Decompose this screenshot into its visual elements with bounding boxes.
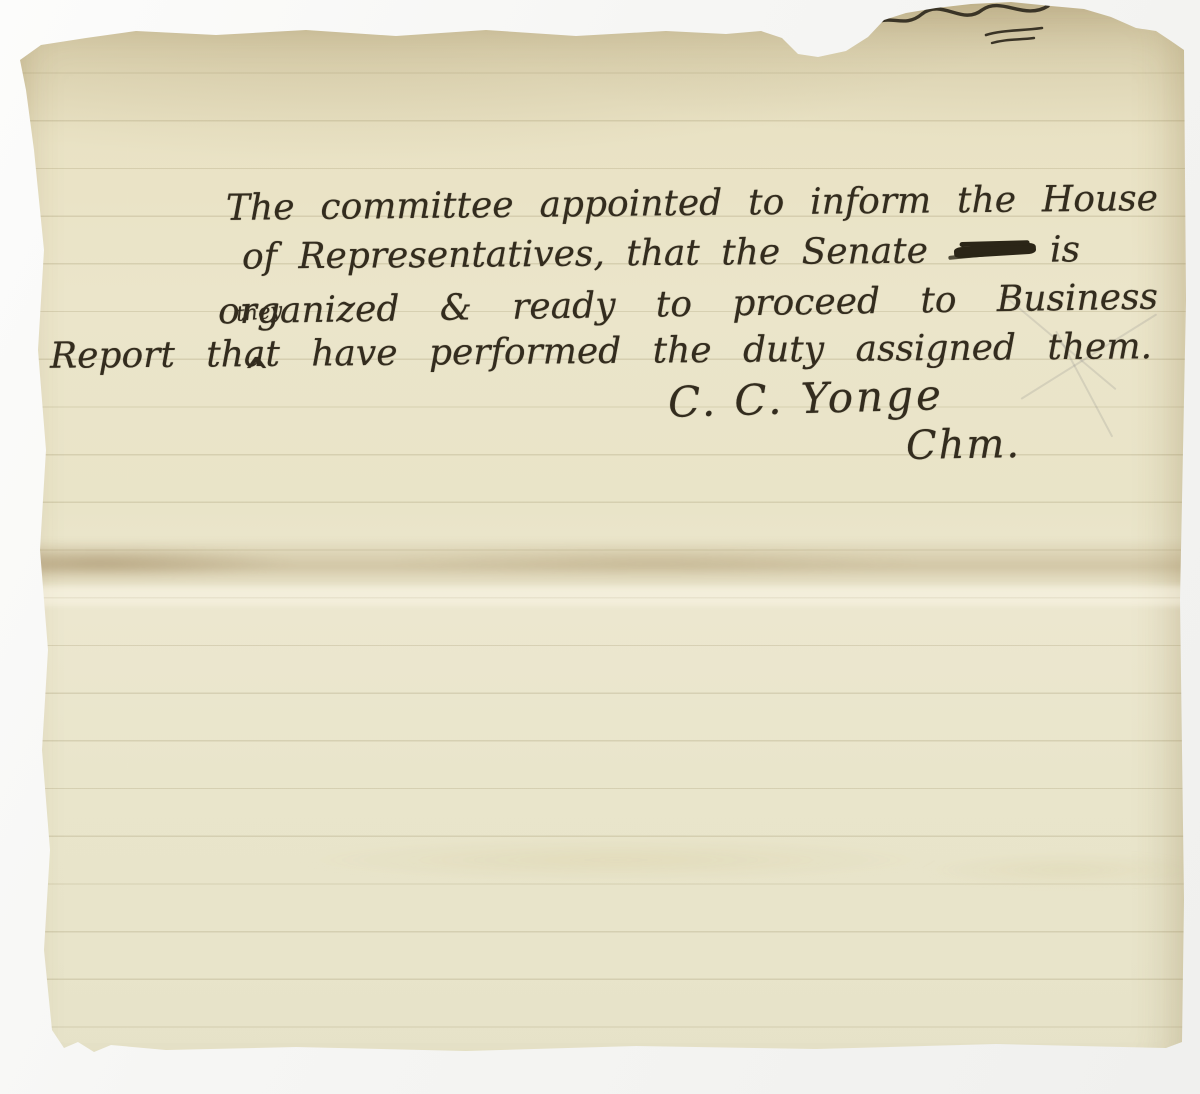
fold-highlight xyxy=(16,586,1186,606)
manuscript-line-2: ofRepresentatives,thattheSenate is xyxy=(242,229,1080,277)
handwritten-word: Business xyxy=(997,277,1159,321)
handwritten-word: assigned xyxy=(855,327,1016,369)
handwritten-word: the xyxy=(957,180,1016,222)
handwritten-word: inform xyxy=(810,180,931,222)
handwritten-word: have xyxy=(311,333,398,375)
handwritten-word: to xyxy=(748,182,785,223)
handwritten-word: Report xyxy=(50,335,175,377)
handwritten-word: duty xyxy=(743,329,824,371)
signature-title: Chm. xyxy=(906,421,1022,469)
handwritten-word: committee xyxy=(320,185,514,228)
handwritten-word: to xyxy=(920,280,957,322)
manuscript-line-2-end: is xyxy=(1050,229,1080,270)
handwritten-word: Representatives, xyxy=(298,233,605,277)
handwritten-word: the xyxy=(721,232,780,274)
handwritten-word: the xyxy=(652,330,711,372)
stain xyxy=(916,852,1200,888)
handwritten-word: of xyxy=(242,236,277,277)
stain xyxy=(286,838,946,882)
signature: C. C. Yonge xyxy=(667,370,944,427)
manuscript-line-2-text: ofRepresentatives,thattheSenate xyxy=(242,231,928,278)
handwritten-word: House xyxy=(1042,178,1158,220)
handwritten-word: that xyxy=(626,233,700,275)
scanner-background: ThecommitteeappointedtoinformtheHouse of… xyxy=(0,0,1200,1094)
handwritten-word: appointed xyxy=(539,183,722,226)
handwritten-word: them. xyxy=(1047,326,1152,368)
handwritten-word: The xyxy=(226,187,295,229)
handwritten-word: Senate xyxy=(801,231,928,273)
fold-crease xyxy=(16,538,1186,590)
handwritten-word: performed xyxy=(429,331,622,374)
insertion-caret: ^ xyxy=(244,350,269,397)
handwritten-word: proceed xyxy=(732,281,880,324)
handwritten-word: & xyxy=(439,287,472,328)
manuscript-page: ThecommitteeappointedtoinformtheHouse of… xyxy=(16,0,1186,1075)
struck-out-word xyxy=(954,243,1037,259)
handwritten-word: to xyxy=(656,284,693,326)
cutoff-writing-fragment xyxy=(868,1,1068,51)
handwritten-word: ready xyxy=(512,285,616,328)
inserted-word-they: they xyxy=(235,298,283,326)
